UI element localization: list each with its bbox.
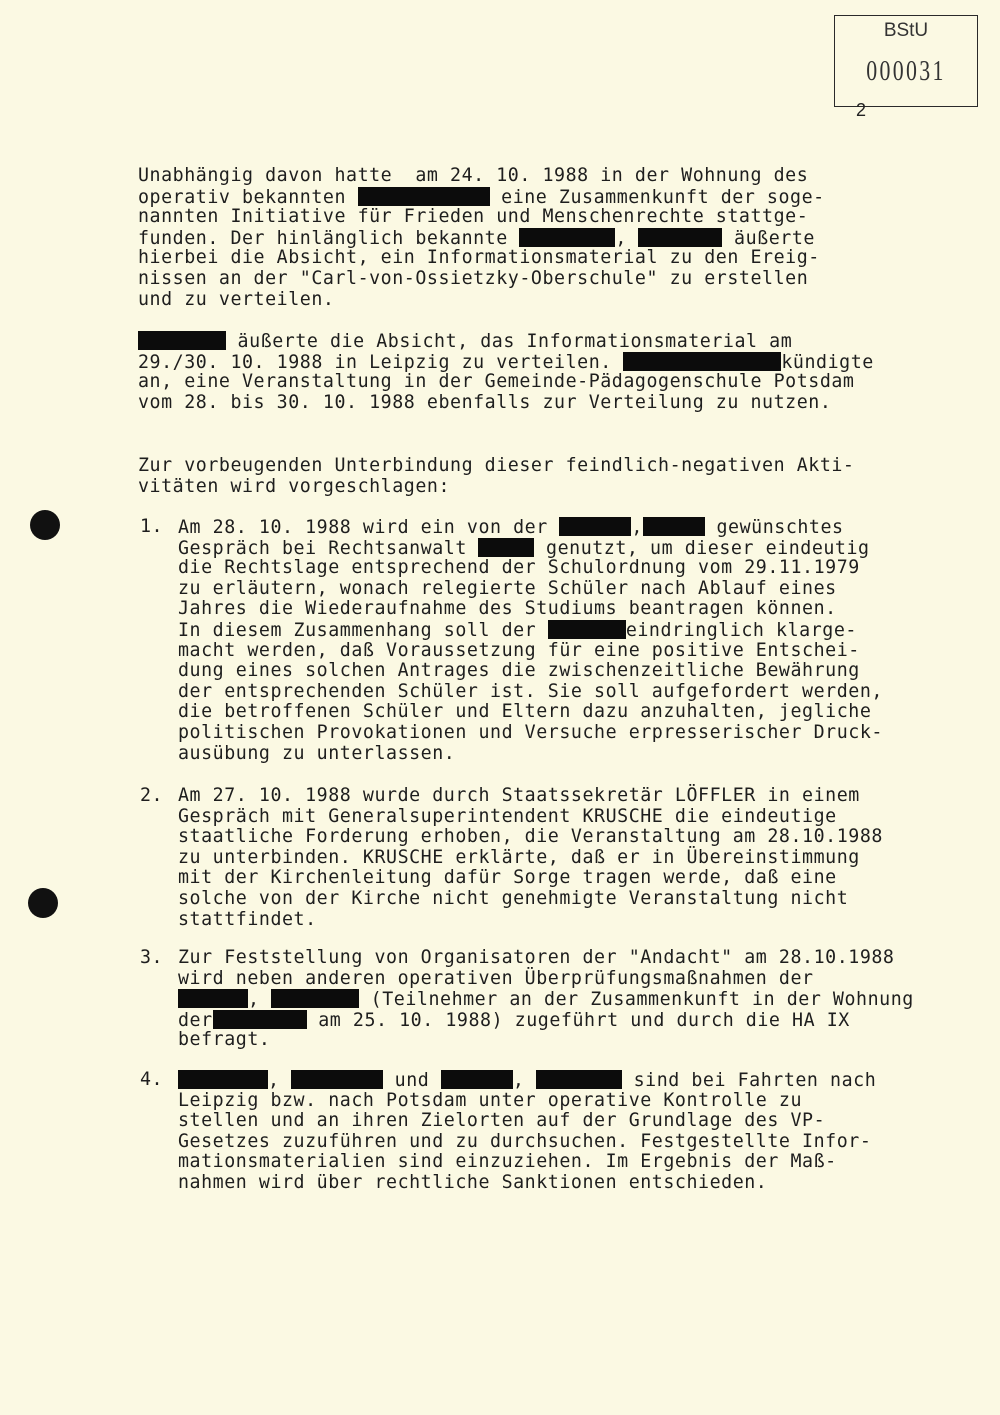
redaction-bar [291,1070,383,1089]
list-item-line: Gespräch bei Rechtsanwalt genutzt, um di… [178,538,870,559]
list-item-line: zu erläutern, wonach relegierte Schüler … [178,579,837,599]
list-item-line: staatliche Forderung erhoben, die Verans… [178,827,883,847]
redaction-bar [519,228,615,247]
list-item-line: Leipzig bzw. nach Potsdam unter operativ… [178,1091,802,1111]
redaction-bar [420,187,490,206]
list-item-line: stellen und an ihren Zielorten auf der G… [178,1111,825,1131]
list-item-line: Am 28. 10. 1988 wird ein von der , gewün… [178,517,844,538]
redaction-bar [478,538,534,557]
list-item-line: Am 27. 10. 1988 wurde durch Staatssekret… [178,786,860,806]
paragraph-line: nissen an der "Carl-von-Ossietzky-Obersc… [138,269,808,289]
list-item-number: 4. [140,1070,163,1090]
list-item-line: befragt. [178,1030,270,1050]
redaction-bar [623,352,707,371]
list-item-number: 1. [140,517,163,537]
list-item-line: der entsprechenden Schüler ist. Sie soll… [178,682,883,702]
list-item-line: In diesem Zusammenhang soll der eindring… [178,620,857,641]
redaction-bar [548,620,626,639]
redaction-bar [638,228,722,247]
list-item-number: 3. [140,948,163,968]
list-item-line: Gespräch mit Generalsuperintendent KRUSC… [178,807,837,827]
redaction-bar [213,1010,307,1029]
paragraph-line: vitäten wird vorgeschlagen: [138,477,450,497]
list-item-line: macht werden, daß Voraussetzung für eine… [178,641,860,661]
paragraph-line: Unabhängig davon hatte am 24. 10. 1988 i… [138,166,808,186]
list-item-line: Zur Feststellung von Organisatoren der "… [178,948,895,968]
redaction-bar [178,989,248,1008]
archive-stamp: BStU 000031 [834,15,978,107]
punch-hole-icon [30,510,60,540]
paragraph-line: nannten Initiative für Frieden und Mensc… [138,207,808,227]
paragraph-line: 29./30. 10. 1988 in Leipzig zu verteilen… [138,352,874,373]
list-item-line: Jahres die Wiederaufnahme des Studiums b… [178,599,837,619]
list-item-line: , (Teilnehmer an der Zusammenkunft in de… [178,989,914,1010]
list-item-line: nahmen wird über rechtliche Sanktionen e… [178,1173,767,1193]
paragraph-line: hierbei die Absicht, ein Informationsmat… [138,248,820,268]
punch-hole-icon [28,888,58,918]
list-item-number: 2. [140,786,163,806]
redaction-bar [559,517,631,536]
list-item-line: mationsmaterialien sind einzuziehen. Im … [178,1152,837,1172]
list-item-line: Gesetzes zuzuführen und zu durchsuchen. … [178,1132,871,1152]
redaction-bar [138,331,226,350]
list-item-line: stattfindet. [178,910,317,930]
paragraph-line: an, eine Veranstaltung in der Gemeinde-P… [138,372,855,392]
redaction-bar [358,187,420,206]
stamp-organization: BStU [835,20,977,42]
paragraph-line: Zur vorbeugenden Unterbindung dieser fei… [138,456,855,476]
paragraph-line: funden. Der hinlänglich bekannte , äußer… [138,228,815,249]
list-item-line: zu unterbinden. KRUSCHE erklärte, daß er… [178,848,860,868]
paragraph-line: und zu verteilen. [138,290,334,310]
page-number: 2 [856,100,866,121]
stamp-number: 000031 [851,56,962,88]
list-item-line: politischen Provokationen und Versuche e… [178,723,883,743]
list-item-line: die betroffenen Schüler und Eltern dazu … [178,702,871,722]
redaction-bar [271,989,359,1008]
redaction-bar [707,352,781,371]
redaction-bar [178,1070,268,1089]
paragraph-line: vom 28. bis 30. 10. 1988 ebenfalls zur V… [138,393,831,413]
paragraph-line: äußerte die Absicht, das Informationsmat… [138,331,792,352]
list-item-line: wird neben anderen operativen Überprüfun… [178,969,814,989]
redaction-bar [643,517,705,536]
list-item-line: ausübung zu unterlassen. [178,744,455,764]
redaction-bar [441,1070,513,1089]
list-item-line: der am 25. 10. 1988) zugeführt und durch… [178,1010,850,1031]
list-item-line: , und , sind bei Fahrten nach [178,1070,876,1091]
redaction-bar [536,1070,622,1089]
list-item-line: dung eines solchen Antrages die zwischen… [178,661,860,681]
list-item-line: die Rechtslage entsprechend der Schulord… [178,558,860,578]
list-item-line: solche von der Kirche nicht genehmigte V… [178,889,848,909]
paragraph-line: operativ bekannten eine Zusammenkunft de… [138,187,825,208]
list-item-line: mit der Kirchenleitung dafür Sorge trage… [178,868,837,888]
